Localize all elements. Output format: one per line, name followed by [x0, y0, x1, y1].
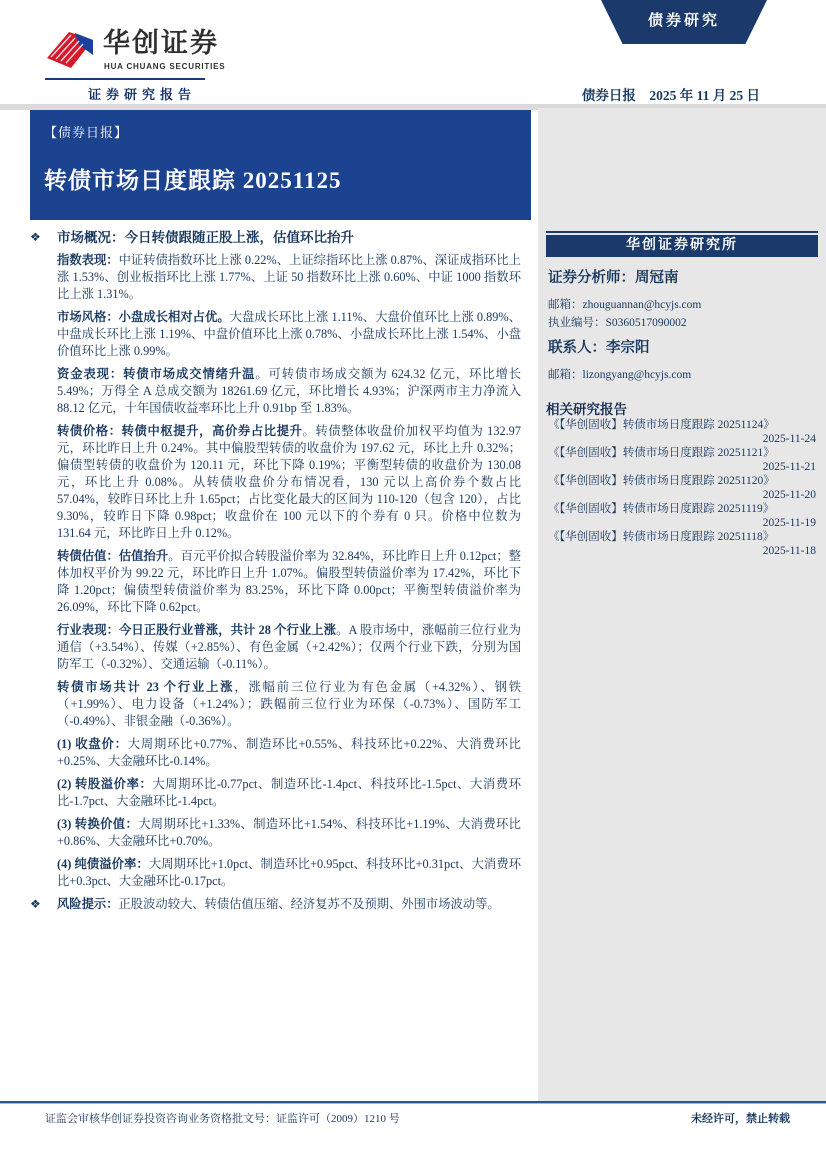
huachuang-logo-icon	[45, 28, 99, 83]
contact-email-row: 邮箱：lizongyang@hcyjs.com	[548, 366, 691, 382]
title-banner: 【债券日报】 转债市场日度跟踪 20251125	[30, 110, 531, 220]
contact-name: 李宗阳	[606, 340, 650, 356]
contact-row: 联系人：李宗阳	[548, 336, 650, 357]
related-reports-list: 《【华创固收】转债市场日度跟踪 20251124》 2025-11-24 《【华…	[548, 418, 816, 558]
report-date: 2025-11-18	[548, 544, 816, 558]
risk-lead: 风险提示：	[57, 897, 119, 911]
report-link[interactable]: 《【华创固收】转债市场日度跟踪 20251121》 2025-11-21	[548, 446, 816, 474]
report-date: 2025-11-24	[548, 432, 816, 446]
logo-company-name-en: HUA CHUANG SECURITIES	[104, 62, 225, 71]
report-date: 2025-11-20	[548, 488, 816, 502]
diamond-bullet-icon: ❖	[30, 896, 57, 913]
logo-company-name: 华创证券	[103, 30, 219, 57]
paragraph-industry-equity: 行业表现：今日正股行业普涨，共计 28 个行业上涨。A 股市场中，涨幅前三位行业…	[57, 622, 521, 673]
paragraph-lead: 行业表现：今日正股行业普涨，共计 28 个行业上涨	[57, 623, 336, 637]
section-risk-warning: ❖ 风险提示：正股波动较大、转债估值压缩、经济复苏不及预期、外围市场波动等。	[30, 896, 523, 913]
email-label: 邮箱：	[548, 299, 583, 311]
paragraph-text: 。转债整体收盘价加权平均值为 132.97 元，环比昨日上升 0.24%。其中偏…	[57, 424, 521, 540]
footer-copyright-text: 未经许可，禁止转载	[691, 1110, 790, 1126]
contact-email[interactable]: lizongyang@hcyjs.com	[583, 369, 692, 381]
institute-header: 华创证券研究所	[546, 231, 818, 257]
sidebar: 华创证券研究所 证券分析师：周冠南 邮箱：zhouguannan@hcyjs.c…	[538, 108, 826, 1102]
report-link[interactable]: 《【华创固收】转债市场日度跟踪 20251118》 2025-11-18	[548, 530, 816, 558]
paragraph-lead: 资金表现：转债市场成交情绪升温	[57, 367, 255, 381]
diamond-bullet-icon: ❖	[30, 229, 57, 246]
contact-label: 联系人：	[548, 340, 606, 356]
footer-license-text: 证监会审核华创证券投资咨询业务资格批文号：证监许可（2009）1210 号	[45, 1110, 400, 1126]
paragraph-lead: 指数表现：	[57, 253, 119, 267]
analyst-name: 周冠南	[635, 270, 679, 286]
paragraph-industry-cb: 转债市场共计 23 个行业上涨，涨幅前三位行业为有色金属（+4.32%）、钢铁（…	[57, 679, 521, 730]
banner-category: 【债券日报】	[44, 122, 128, 141]
report-link[interactable]: 《【华创固收】转债市场日度跟踪 20251124》 2025-11-24	[548, 418, 816, 446]
report-date: 2025-11-21	[548, 460, 816, 474]
report-title[interactable]: 《【华创固收】转债市场日度跟踪 20251124》	[548, 418, 816, 432]
paragraph-lead: (1) 收盘价：	[57, 737, 128, 751]
report-title[interactable]: 《【华创固收】转债市场日度跟踪 20251120》	[548, 474, 816, 488]
analyst-label: 证券分析师：	[548, 270, 635, 286]
paragraph-lead: 转债价格：转债中枢提升，高价券占比提升	[57, 424, 303, 438]
report-link[interactable]: 《【华创固收】转债市场日度跟踪 20251120》 2025-11-20	[548, 474, 816, 502]
report-date: 债券日报 2025 年 11 月 25 日	[582, 84, 760, 104]
paragraph-lead: (3) 转换价值：	[57, 817, 138, 831]
license-row: 执业编号：S0360517090002	[548, 314, 687, 330]
report-title[interactable]: 《【华创固收】转债市场日度跟踪 20251119》	[548, 502, 816, 516]
paragraph-cb-price: 转债价格：转债中枢提升，高价券占比提升。转债整体收盘价加权平均值为 132.97…	[57, 423, 521, 542]
analyst-email[interactable]: zhouguannan@hcyjs.com	[583, 299, 702, 311]
paragraph-text: 中证转债指数环比上涨 0.22%、上证综指环比上涨 0.87%、深证成指环比上涨…	[57, 253, 521, 301]
paragraph-close-price: (1) 收盘价：大周期环比+0.77%、制造环比+0.55%、科技环比+0.22…	[57, 736, 521, 770]
paragraph-funds: 资金表现：转债市场成交情绪升温。可转债市场成交额为 624.32 亿元，环比增长…	[57, 366, 521, 417]
report-date: 2025-11-19	[548, 516, 816, 530]
report-title[interactable]: 《【华创固收】转债市场日度跟踪 20251121》	[548, 446, 816, 460]
email-label: 邮箱：	[548, 369, 583, 381]
institute-name: 华创证券研究所	[546, 235, 818, 257]
analyst-email-row: 邮箱：zhouguannan@hcyjs.com	[548, 296, 701, 312]
paragraph-pure-bond-premium: (4) 纯债溢价率：大周期环比+1.0pct、制造环比+0.95pct、科技环比…	[57, 856, 521, 890]
report-body: ❖ 市场概况：今日转债跟随正股上涨，估值环比抬升 指数表现：中证转债指数环比上涨…	[30, 229, 523, 913]
logo-underline	[45, 78, 205, 80]
license-label: 执业编号：	[548, 317, 606, 329]
risk-text: 风险提示：正股波动较大、转债估值压缩、经济复苏不及预期、外围市场波动等。	[57, 896, 521, 913]
footer-divider	[0, 1101, 826, 1104]
paragraph-conversion-premium: (2) 转股溢价率：大周期环比-0.77pct、制造环比-1.4pct、科技环比…	[57, 776, 521, 810]
report-link[interactable]: 《【华创固收】转债市场日度跟踪 20251119》 2025-11-19	[548, 502, 816, 530]
paragraph-lead: 转债估值：估值抬升	[57, 549, 168, 563]
section-title: 市场概况：今日转债跟随正股上涨，估值环比抬升	[57, 229, 354, 246]
paragraph-conversion-value: (3) 转换价值：大周期环比+1.33%、制造环比+1.54%、科技环比+1.1…	[57, 816, 521, 850]
paragraph-index-performance: 指数表现：中证转债指数环比上涨 0.22%、上证综指环比上涨 0.87%、深证成…	[57, 252, 521, 303]
paragraph-cb-valuation: 转债估值：估值抬升。百元平价拟合转股溢价率为 32.84%，环比昨日上升 0.1…	[57, 548, 521, 616]
report-title[interactable]: 《【华创固收】转债市场日度跟踪 20251118》	[548, 530, 816, 544]
paragraph-lead: 市场风格：小盘成长相对占优。	[57, 310, 230, 324]
license-number: S0360517090002	[606, 317, 687, 329]
page-title: 转债市场日度跟踪 20251125	[44, 162, 341, 195]
paragraph-market-style: 市场风格：小盘成长相对占优。大盘成长环比上涨 1.11%、大盘价值环比上涨 0.…	[57, 309, 521, 360]
section-market-overview: ❖ 市场概况：今日转债跟随正股上涨，估值环比抬升	[30, 229, 523, 246]
report-page: 华创证券 HUA CHUANG SECURITIES 证券研究报告 债券研究 债…	[0, 0, 826, 1169]
related-reports-title: 相关研究报告	[546, 398, 627, 418]
paragraph-lead: (2) 转股溢价率：	[57, 777, 152, 791]
analyst-row: 证券分析师：周冠南	[548, 266, 679, 287]
paragraph-lead: 转债市场共计 23 个行业上涨	[57, 680, 234, 694]
report-type-label: 证券研究报告	[88, 84, 196, 103]
risk-body: 正股波动较大、转债估值压缩、经济复苏不及预期、外围市场波动等。	[119, 897, 500, 911]
bond-research-badge: 债券研究	[601, 0, 767, 44]
paragraph-lead: (4) 纯债溢价率：	[57, 857, 149, 871]
